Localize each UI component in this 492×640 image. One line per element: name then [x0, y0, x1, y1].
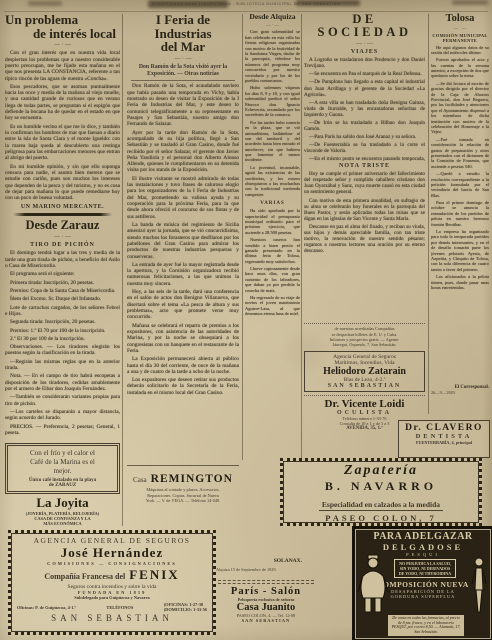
article-body-viajes: A Logroño se trasladaron don Prudencio y… — [304, 57, 425, 161]
paragraph: PRECIOS. — Preferencia, 2 pesetas; Gener… — [5, 424, 120, 437]
rule — [131, 80, 235, 81]
article-subhead-viajes: VIAJES — [304, 49, 425, 55]
paragraph: El ilustre visitante se mostró admirado … — [127, 176, 239, 220]
society-item: —De Pamplona han llegado a esta capital … — [304, 79, 425, 97]
ad-title-name: Casa Juanito — [218, 602, 314, 613]
paragraph: Es un humilde vecino el que me lo dice, … — [5, 124, 120, 162]
article-date-tolosa: 26—9—1929. — [431, 390, 489, 395]
paragraph: Con el gran interés que en nuestra vida … — [5, 50, 120, 82]
article-body-alquiza: Con gran solemnidad se han celebrado en … — [245, 29, 300, 199]
paragraph: Hoy se cumple el primer aniversario del … — [304, 171, 425, 195]
paragraph: Segunda tirada: Inscripción, 20 pesetas. — [5, 319, 120, 325]
paragraph: —Quedó a estudio la resolución correspon… — [431, 171, 489, 198]
society-item: —A esta villa se han trasladado doña Ben… — [304, 100, 425, 118]
ad-company-line: Compañía Francesa del FENIX — [11, 566, 213, 584]
paragraph: Ayer por la tarde don Ramón de la Sota, … — [127, 130, 239, 174]
paragraph: Con motivo de esta primera anualidad, en… — [304, 198, 425, 222]
ad-city: SAN SEBASTIAN — [307, 383, 422, 389]
library-watermark: DONOSTIAKO UDAL LIBURUTEGIA - BIBLIOTECA… — [60, 1, 432, 6]
paragraph: Con gran solemnidad se han celebrado en … — [245, 29, 300, 83]
paragraph: La juventud, incansable, agotó las exist… — [245, 165, 300, 197]
paragraph: —También se considerarán variantes propi… — [5, 394, 120, 407]
society-item: —Para París ha salido don José Aranaz y … — [304, 134, 425, 140]
ad-casa-remington: Casa REMINGTON Máquinas al contado y pla… — [127, 465, 239, 503]
paragraph: La Exposición permanecerá abierta al púb… — [127, 356, 239, 375]
ornament: — · — — [304, 41, 425, 47]
society-item: —En el mismo punto se encuentra pasando … — [304, 156, 425, 161]
article-body-zarauz: El domingo tendrá lugar a las tres y med… — [5, 250, 120, 442]
ad-footer: De venta en todas las farmacias, al prec… — [388, 615, 464, 636]
paragraph: Por las tardes hubo romería en la plaza,… — [245, 120, 300, 163]
ad-specialty: DENTISTA — [399, 433, 489, 440]
overweight-man-figure-icon — [357, 554, 389, 616]
article-title-sociedad: DE SOCIEDAD — [304, 13, 425, 39]
article-signature: UN MARINO MERCANTE. — [5, 204, 120, 210]
ad-line: York. — V. de VEGA. — Teléfono 14-048. — [127, 498, 239, 503]
article-body-alquiza-varias: Ha sido aprobado por la superioridad el … — [245, 208, 300, 318]
ad-casa-juanito: París - Salón Peluquería exclusiva de se… — [218, 580, 314, 623]
society-item: —De Fuenterrabía se ha trasladado a la c… — [304, 142, 425, 154]
ornament: — · — — [245, 23, 300, 28]
article-title-un-problema: Un problema de interés local — [5, 13, 120, 40]
title-line: del Mar — [127, 40, 239, 54]
paragraph: —Los carteles se dispararán a mayor dist… — [5, 409, 120, 422]
ad-note-line: DE YODO, NI THYROIDINA — [396, 571, 454, 576]
ad-title-name: REMINGTON — [151, 473, 233, 485]
paragraph: Esos pescadores, que se asoman puntualme… — [5, 84, 120, 122]
paragraph: Nuestros caseros han vendido a buen prec… — [245, 237, 300, 264]
society-item: —Se encuentra en Pau el marqués de la Re… — [304, 71, 425, 77]
shipping-notice: de nuestras acreditadas Compañías se des… — [304, 323, 425, 347]
ad-fenix: AGENCIA GENERAL DE SEGUROS José Hernánde… — [8, 530, 216, 635]
article-title-alquiza: Desde Alquiza — [245, 13, 300, 21]
ad-company-name: FENIX — [129, 567, 179, 582]
column-rule — [122, 14, 123, 526]
ad-la-joyita: La Joyita (JOYERÍA, PLATERÍA, RELOJERÍA)… — [5, 495, 120, 527]
title-line: de interés local — [5, 27, 120, 41]
ad-line: Especialidad en calzados a la medida — [319, 500, 443, 511]
ad-title-name: Heliodoro Zatarain — [307, 366, 422, 377]
ad-title-pre: Casa — [133, 476, 147, 484]
ad-title-name: B. NAVARRO — [283, 479, 479, 494]
ornament: — · — — [127, 56, 239, 62]
ad-line: Subdelegado para Guipúzcoa y Navarra — [11, 595, 213, 600]
paragraph: Ha sido aprobado por la superioridad el … — [245, 208, 300, 235]
title-line: Un problema — [5, 13, 120, 27]
ad-line: MÁS ECONÓMICA — [5, 521, 120, 526]
article-subhead-nota-triste: NOTA TRISTE — [304, 163, 425, 169]
paragraph: Premios: Copa de la Santa Casa de Miseri… — [5, 288, 120, 294]
article-body-feria: Don Ramón de la Sota, el acaudalado navi… — [127, 83, 239, 461]
ad-cafe-marina: Con el frío y el calor el Café de la Mar… — [7, 445, 118, 491]
rule — [218, 580, 314, 584]
paragraph: Llueve copiosamente desde hace unos días… — [245, 266, 300, 293]
title-line: I Feria de Industrias — [127, 13, 239, 40]
ad-title-name: Dr. Vicente Loidi — [304, 398, 425, 410]
article-date-alquiza: Alquiza 15 de Septiembre de 1929. — [216, 567, 308, 572]
ad-clavero: Dr. CLAVERO DENTISTA FUENTERRABÍA, 4, pr… — [398, 420, 490, 458]
notice-line: Jáuregui, Oquendo, 7, San Sebastián. — [304, 342, 425, 347]
paragraph: Observaciones. — Los tiradores elegirán … — [5, 344, 120, 357]
ad-title-name: Dr. CLAVERO — [399, 423, 489, 433]
paragraph: Lote de cartuchos cargados, de los señor… — [5, 305, 120, 318]
ad-pesqui: PARA ADELGAZAR DELGADOSE PESQUI NO PERJU… — [352, 526, 492, 640]
article-signature-alquiza: SOLANAX. — [222, 558, 302, 564]
ad-phones-label: TELÉFONOS — [106, 605, 133, 610]
column-rule — [242, 14, 243, 460]
society-item: —De Irún se ha trasladado a Bilbao don J… — [304, 120, 425, 132]
ad-company-pre: Compañía Francesa del — [44, 572, 125, 581]
paragraph: La entrada de ayer fué la mayor registra… — [127, 262, 239, 287]
ad-footer: de ZARAUZ — [10, 483, 115, 488]
paragraph: Mañana se celebrará el reparto de premio… — [127, 323, 239, 355]
ad-title-name: José Hernández — [11, 545, 213, 561]
ad-text: Con el frío y el calor el Café de la Mar… — [10, 449, 115, 475]
ad-line: AGENCIA GENERAL DE SEGUROS — [11, 536, 213, 545]
ad-phones: (OFICINAS: 1-27-38 (DOMICILIO: 1-33-56 — [164, 602, 207, 612]
paragraph: Descanse en paz el alma del finado, y re… — [304, 224, 425, 254]
ad-line: Café de la Marina es el — [10, 458, 115, 467]
article-title-tolosa: Tolosa — [431, 13, 489, 24]
column-4: DE SOCIEDAD — · — VIAJES A Logroño se tr… — [304, 13, 425, 431]
article-subhead-zarauz: TIRO DE PICHÓN — [5, 242, 120, 248]
article-subhead-varias: VARIAS — [245, 201, 300, 206]
paragraph: El programa será el siguiente: — [5, 271, 120, 277]
ad-line: mejor. — [10, 467, 115, 476]
ad-office: Oficinas: P. de Guipúzcoa, 4-1.º — [17, 605, 76, 610]
ad-note-box: NO PERJUDICA LA SALUD, SIN YODO, NI DERI… — [394, 559, 456, 578]
newspaper-page: DONOSTIAKO UDAL LIBURUTEGIA - BIBLIOTECA… — [0, 0, 492, 640]
ad-title: París - Salón — [218, 586, 314, 597]
ad-headline: PARA ADELGAZAR — [354, 531, 492, 542]
paragraph: Ídem del Excmo. Sr. Duque del Infantado. — [5, 296, 120, 302]
column-rule — [301, 14, 302, 458]
column-2: I Feria de Industrias del Mar — · — Don … — [127, 13, 239, 503]
society-item: A Logroño se trasladaron don Prudencio y… — [304, 57, 425, 69]
masthead-remnant — [28, 1, 62, 6]
paragraph: La empresa ha organizado para toda la te… — [431, 229, 489, 272]
paragraph: Nota. — En el campo de tiro habrá escope… — [5, 373, 120, 392]
paragraph: Los expositores que deseen retirar sus p… — [127, 377, 239, 396]
paragraph: El domingo tendrá lugar a las tres y med… — [5, 250, 120, 269]
ad-phone: (DOMICILIO: 1-33-56 — [164, 607, 207, 612]
slim-figure-icon — [469, 556, 489, 616]
article-body-tolosa: He aquí algunos datos de su sesión del m… — [431, 45, 489, 385]
ad-title: Casa REMINGTON — [127, 469, 239, 487]
paragraph: He aquí algunos datos de su sesión del m… — [431, 45, 489, 56]
paragraph: Para el primer domingo de octubre se anu… — [431, 200, 489, 227]
ad-address: PASEO COLON, 7 — [283, 513, 479, 523]
ad-contact-row: Oficinas: P. de Guipúzcoa, 4-1.º TELÉFON… — [11, 602, 213, 612]
column-5: Tolosa — · — COMISIÓN MUNICIPAL PERMANEN… — [431, 13, 489, 395]
paragraph: La banda de música del regimiento de Sic… — [127, 222, 239, 260]
masthead-remnant — [452, 0, 488, 5]
paragraph: En mi humilde opinión, y sin que ello su… — [5, 164, 120, 202]
ad-brand: DELGADOSE — [354, 542, 492, 552]
paragraph: 2.º El 30 por 100 de la inscripción. — [5, 336, 120, 342]
ad-title: La Joyita — [5, 495, 120, 511]
section-divider — [13, 213, 112, 216]
paragraph: Los aficionados a la pelota tienen, pues… — [431, 274, 489, 290]
ad-city: SAN SEBASTIAN — [218, 618, 314, 623]
article-subhead-feria: Don Ramón de la Sota visitó ayer la Expo… — [131, 64, 235, 78]
paragraph: —Se dió lectura al escrito de gracias di… — [431, 81, 489, 135]
ornament: — · — — [5, 234, 120, 240]
ad-navarro: Zapatería B. NAVARRO Especialidad en cal… — [280, 458, 482, 526]
ornament: — · — — [5, 42, 120, 48]
article-title-feria: I Feria de Industrias del Mar — [127, 13, 239, 54]
article-body-un-problema: Con el gran interés que en nuestra vida … — [5, 50, 120, 202]
article-subhead-tolosa: COMISIÓN MUNICIPAL PERMANENTE — [431, 33, 489, 43]
column-1: Un problema de interés local — · — Con e… — [5, 13, 120, 527]
paragraph: Premios: 1.º El 70 por 100 de la inscrip… — [5, 328, 120, 334]
ad-line: Con el frío y el calor el — [10, 449, 115, 458]
paragraph: Don Ramón de la Sota, el acaudalado navi… — [127, 83, 239, 127]
paragraph: Hoy, a las seis de la tarde, dará una co… — [127, 289, 239, 321]
column-rule — [428, 14, 429, 414]
paragraph: Primera tirada: Inscripción, 20 pesetas. — [5, 280, 120, 286]
article-title-zarauz: Desde Zarauz — [5, 219, 120, 232]
article-body-nota-triste: Hoy se cumple el primer aniversario del … — [304, 171, 425, 323]
paragraph: —Regirán las mismas reglas que en la ant… — [5, 359, 120, 372]
ornament: — · — — [431, 26, 489, 31]
paragraph: Fueron aprobados el acta y las cuentas d… — [431, 57, 489, 79]
ad-title: Zapatería — [283, 463, 479, 479]
paragraph: Hubo solemnes vísperas los días 8, 9 y 1… — [245, 85, 300, 117]
paragraph: Ha regresado de su viaje de novios el jo… — [245, 295, 300, 317]
ad-zatarain: Agencia General de Seguros Marítimos, In… — [304, 351, 425, 392]
ad-city: SAN SEBASTIAN — [11, 613, 213, 623]
ad-address: FUENTERRABÍA, 4, principal — [399, 440, 489, 445]
paragraph: —Fué tomada en consideración la relación… — [431, 137, 489, 169]
